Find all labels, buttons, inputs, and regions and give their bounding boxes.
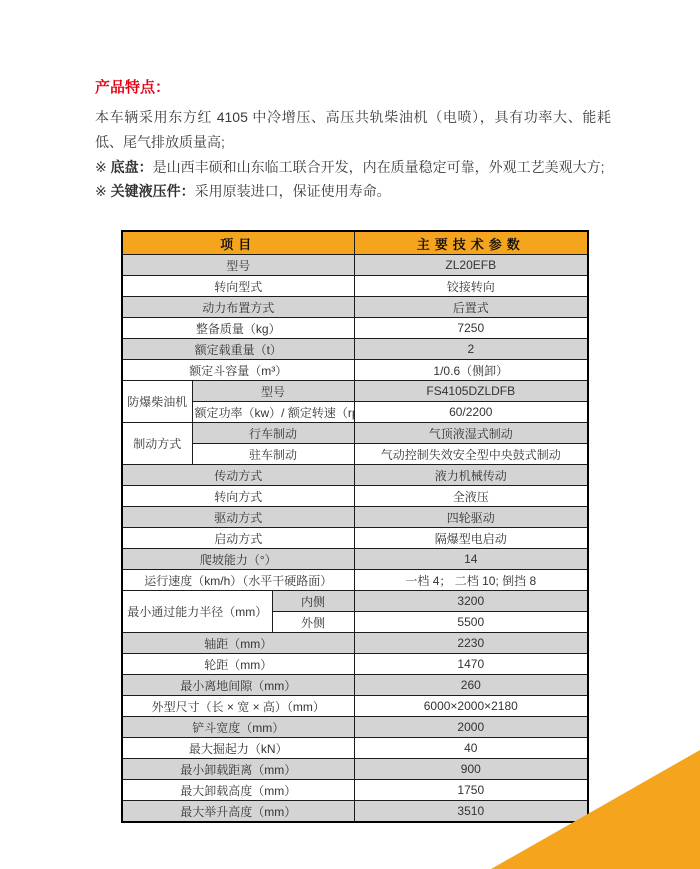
spec-label-cell: 额定载重量（t）: [122, 339, 354, 360]
spec-label-cell: 动力布置方式: [122, 297, 354, 318]
table-row: 额定载重量（t）2: [122, 339, 588, 360]
spec-value-cell: 全液压: [354, 486, 588, 507]
table-row: 最小卸载距离（mm）900: [122, 759, 588, 780]
feature-text: 是山西丰硕和山东临工联合开发，内在质量稳定可靠，外观工艺美观大方;: [153, 159, 605, 175]
table-row: 最小离地间隙（mm）260: [122, 675, 588, 696]
table-row: 爬坡能力（°）14: [122, 549, 588, 570]
table-row: 转向型式铰接转向: [122, 276, 588, 297]
spec-label-cell: 外侧: [272, 612, 354, 633]
spec-value-cell: 6000×2000×2180: [354, 696, 588, 717]
spec-value-cell: 液力机械传动: [354, 465, 588, 486]
spec-value-cell: ZL20EFB: [354, 255, 588, 276]
spec-label-cell: 最小离地间隙（mm）: [122, 675, 354, 696]
table-row: 运行速度（km/h）（水平干硬路面）一档 4； 二档 10; 倒挡 8: [122, 570, 588, 591]
spec-value-cell: 隔爆型电启动: [354, 528, 588, 549]
spec-value-cell: 7250: [354, 318, 588, 339]
spec-value-cell: 2: [354, 339, 588, 360]
feature-term: 底盘：: [111, 159, 153, 175]
spec-value-cell: 14: [354, 549, 588, 570]
spec-value-cell: 气动控制失效安全型中央鼓式制动: [354, 444, 588, 465]
spec-label-cell: 最大卸载高度（mm）: [122, 780, 354, 801]
table-row: 最大卸载高度（mm）1750: [122, 780, 588, 801]
table-header-row: 项目 主要技术参数: [122, 231, 588, 255]
feature-bullet-chassis: ※ 底盘：是山西丰硕和山东临工联合开发，内在质量稳定可靠，外观工艺美观大方;: [95, 155, 611, 179]
table-row: 启动方式隔爆型电启动: [122, 528, 588, 549]
spec-value-cell: 260: [354, 675, 588, 696]
spec-value-cell: 气顶液湿式制动: [354, 423, 588, 444]
spec-group-cell: 最小通过能力半径（mm）: [122, 591, 272, 633]
product-features-section: 产品特点： 本车辆采用东方红 4105 中冷增压、高压共轨柴油机（电喷），具有功…: [95, 76, 611, 203]
spec-label-cell: 驻车制动: [192, 444, 354, 465]
spec-value-cell: 1750: [354, 780, 588, 801]
table-row: 整备质量（kg）7250: [122, 318, 588, 339]
feature-bullet-hydraulics: ※ 关键液压件：采用原装进口，保证使用寿命。: [95, 179, 611, 203]
spec-label-cell: 传动方式: [122, 465, 354, 486]
table-row: 额定斗容量（m³）1/0.6（侧卸）: [122, 360, 588, 381]
table-row: 防爆柴油机型号FS4105DZLDFB: [122, 381, 588, 402]
table-row: 最大掘起力（kN）40: [122, 738, 588, 759]
spec-label-cell: 轴距（mm）: [122, 633, 354, 654]
spec-label-cell: 铲斗宽度（mm）: [122, 717, 354, 738]
features-title: 产品特点：: [95, 76, 611, 97]
table-row: 最小通过能力半径（mm）内侧3200: [122, 591, 588, 612]
spec-label-cell: 爬坡能力（°）: [122, 549, 354, 570]
spec-value-cell: 后置式: [354, 297, 588, 318]
bullet-marker: ※: [95, 159, 111, 175]
spec-label-cell: 最大掘起力（kN）: [122, 738, 354, 759]
spec-label-cell: 型号: [192, 381, 354, 402]
table-row: 最大举升高度（mm）3510: [122, 801, 588, 823]
spec-table: 项目 主要技术参数 型号ZL20EFB转向型式铰接转向动力布置方式后置式整备质量…: [121, 230, 589, 823]
spec-value-cell: 2230: [354, 633, 588, 654]
spec-value-cell: FS4105DZLDFB: [354, 381, 588, 402]
spec-group-cell: 防爆柴油机: [122, 381, 192, 423]
table-row: 传动方式液力机械传动: [122, 465, 588, 486]
spec-value-cell: 铰接转向: [354, 276, 588, 297]
table-row: 动力布置方式后置式: [122, 297, 588, 318]
spec-group-cell: 制动方式: [122, 423, 192, 465]
spec-value-cell: 1/0.6（侧卸）: [354, 360, 588, 381]
spec-value-cell: 40: [354, 738, 588, 759]
spec-label-cell: 整备质量（kg）: [122, 318, 354, 339]
feature-text: 采用原装进口，保证使用寿命。: [195, 183, 391, 199]
spec-label-cell: 外型尺寸（长 × 宽 × 高）（mm）: [122, 696, 354, 717]
spec-label-cell: 转向方式: [122, 486, 354, 507]
spec-label-cell: 额定斗容量（m³）: [122, 360, 354, 381]
table-header-item-column: 项目: [122, 231, 354, 255]
spec-label-cell: 转向型式: [122, 276, 354, 297]
bullet-marker: ※: [95, 183, 111, 199]
table-row: 额定功率（kw）/ 额定转速（rpm）60/2200: [122, 402, 588, 423]
spec-value-cell: 2000: [354, 717, 588, 738]
spec-value-cell: 一档 4； 二档 10; 倒挡 8: [354, 570, 588, 591]
table-row: 轮距（mm）1470: [122, 654, 588, 675]
spec-value-cell: 3200: [354, 591, 588, 612]
spec-label-cell: 型号: [122, 255, 354, 276]
spec-value-cell: 60/2200: [354, 402, 588, 423]
spec-label-cell: 最大举升高度（mm）: [122, 801, 354, 823]
spec-value-cell: 1470: [354, 654, 588, 675]
table-row: 轴距（mm）2230: [122, 633, 588, 654]
spec-label-cell: 额定功率（kw）/ 额定转速（rpm）: [192, 402, 354, 423]
feature-term: 关键液压件：: [111, 183, 195, 199]
table-row: 制动方式行车制动气顶液湿式制动: [122, 423, 588, 444]
table-row: 铲斗宽度（mm）2000: [122, 717, 588, 738]
spec-label-cell: 启动方式: [122, 528, 354, 549]
spec-value-cell: 3510: [354, 801, 588, 823]
spec-label-cell: 最小卸载距离（mm）: [122, 759, 354, 780]
table-row: 外型尺寸（长 × 宽 × 高）（mm）6000×2000×2180: [122, 696, 588, 717]
table-row: 驱动方式四轮驱动: [122, 507, 588, 528]
spec-label-cell: 驱动方式: [122, 507, 354, 528]
spec-label-cell: 内侧: [272, 591, 354, 612]
spec-value-cell: 四轮驱动: [354, 507, 588, 528]
spec-value-cell: 5500: [354, 612, 588, 633]
page: 产品特点： 本车辆采用东方红 4105 中冷增压、高压共轨柴油机（电喷），具有功…: [0, 0, 700, 869]
features-intro: 本车辆采用东方红 4105 中冷增压、高压共轨柴油机（电喷），具有功率大、能耗低…: [95, 105, 611, 155]
spec-label-cell: 行车制动: [192, 423, 354, 444]
table-header-params-column: 主要技术参数: [354, 231, 588, 255]
table-row: 转向方式全液压: [122, 486, 588, 507]
spec-value-cell: 900: [354, 759, 588, 780]
table-row: 型号ZL20EFB: [122, 255, 588, 276]
spec-label-cell: 轮距（mm）: [122, 654, 354, 675]
spec-label-cell: 运行速度（km/h）（水平干硬路面）: [122, 570, 354, 591]
table-row: 驻车制动气动控制失效安全型中央鼓式制动: [122, 444, 588, 465]
